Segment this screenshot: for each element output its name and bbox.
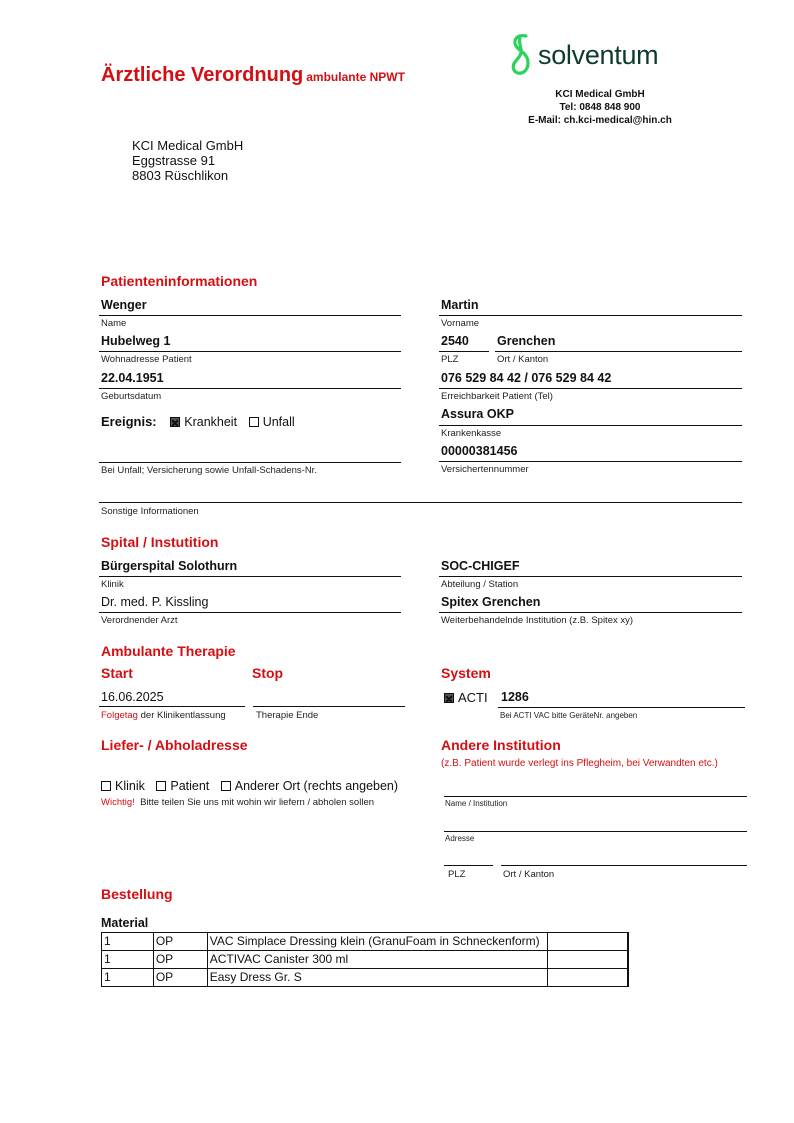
order-cell-extra[interactable] bbox=[547, 969, 628, 987]
patient-birthdate-field[interactable]: 22.04.1951 bbox=[101, 371, 164, 385]
checkbox-icon[interactable] bbox=[249, 417, 259, 427]
clinic-field[interactable]: Bürgerspital Solothurn bbox=[101, 559, 237, 573]
event-label: Ereignis: bbox=[101, 414, 157, 429]
section-delivery: Liefer- / Abholadresse bbox=[101, 737, 248, 753]
address-line-1: KCI Medical GmbH bbox=[132, 138, 243, 153]
divider bbox=[439, 461, 742, 462]
other-institution-address-field[interactable] bbox=[444, 831, 747, 832]
other-info-label: Sonstige Informationen bbox=[101, 506, 199, 517]
clinic-label: Klinik bbox=[101, 579, 124, 590]
delivery-options: Klinik Patient Anderer Ort (rechts angeb… bbox=[101, 779, 406, 793]
section-therapy: Ambulante Therapie bbox=[101, 643, 236, 659]
solventum-s-logo-icon bbox=[510, 33, 532, 77]
accident-info-field[interactable] bbox=[99, 462, 401, 463]
delivery-option-other[interactable]: Anderer Ort (rechts angeben) bbox=[221, 779, 398, 793]
stop-title: Stop bbox=[252, 665, 283, 681]
table-row: 1OPVAC Simplace Dressing klein (GranuFoa… bbox=[102, 933, 629, 951]
checkbox-icon[interactable] bbox=[156, 781, 166, 791]
patient-name-label: Name bbox=[101, 318, 126, 329]
patient-insurance-number-label: Versichertennummer bbox=[441, 464, 529, 475]
divider bbox=[99, 612, 401, 613]
solventum-logo: solventum bbox=[510, 33, 658, 77]
other-institution-city-field[interactable] bbox=[501, 865, 747, 866]
checkbox-icon[interactable] bbox=[221, 781, 231, 791]
logo-wordmark: solventum bbox=[538, 40, 658, 71]
other-institution-city-label: Ort / Kanton bbox=[503, 869, 554, 880]
patient-address-label: Wohnadresse Patient bbox=[101, 354, 192, 365]
checkbox-checked-icon[interactable] bbox=[444, 693, 454, 703]
other-info-field[interactable] bbox=[99, 502, 742, 503]
therapy-stop-field[interactable] bbox=[253, 706, 405, 707]
order-cell-extra[interactable] bbox=[547, 933, 628, 951]
divider bbox=[439, 388, 742, 389]
divider bbox=[439, 425, 742, 426]
divider bbox=[498, 707, 745, 708]
order-table: 1OPVAC Simplace Dressing klein (GranuFoa… bbox=[101, 932, 629, 987]
order-cell-unit[interactable]: OP bbox=[153, 951, 207, 969]
order-cell-item[interactable]: ACTIVAC Canister 300 ml bbox=[207, 951, 547, 969]
other-institution-hint: (z.B. Patient wurde verlegt ins Pfleghei… bbox=[441, 758, 718, 769]
delivery-note: Wichtig! Bitte teilen Sie uns mit wohin … bbox=[101, 797, 374, 808]
patient-phone-label: Erreichbarkeit Patient (Tel) bbox=[441, 391, 553, 402]
system-title: System bbox=[441, 665, 491, 681]
divider bbox=[99, 388, 401, 389]
order-cell-qty[interactable]: 1 bbox=[102, 951, 154, 969]
follow-up-institution-label: Weiterbehandelnde Institution (z.B. Spit… bbox=[441, 615, 633, 626]
start-title: Start bbox=[101, 665, 133, 681]
section-hospital: Spital / Instutition bbox=[101, 534, 218, 550]
section-other-institution: Andere Institution bbox=[441, 737, 561, 753]
title-subtitle: ambulante NPWT bbox=[306, 70, 405, 84]
contact-tel: Tel: 0848 848 900 bbox=[500, 101, 700, 114]
divider bbox=[439, 576, 742, 577]
divider bbox=[439, 351, 489, 352]
patient-name-field[interactable]: Wenger bbox=[101, 298, 147, 312]
device-number-field[interactable]: 1286 bbox=[501, 690, 529, 704]
divider bbox=[495, 351, 742, 352]
patient-firstname-field[interactable]: Martin bbox=[441, 298, 479, 312]
patient-address-field[interactable]: Hubelweg 1 bbox=[101, 334, 170, 348]
other-institution-plz-label: PLZ bbox=[448, 869, 465, 880]
address-line-3: 8803 Rüschlikon bbox=[132, 168, 243, 183]
table-row: 1OPACTIVAC Canister 300 ml bbox=[102, 951, 629, 969]
system-option-acti[interactable]: ACTI bbox=[444, 690, 488, 705]
divider bbox=[99, 315, 401, 316]
contact-block: KCI Medical GmbH Tel: 0848 848 900 E-Mai… bbox=[500, 88, 700, 127]
patient-plz-field[interactable]: 2540 bbox=[441, 334, 469, 348]
therapy-start-field[interactable]: 16.06.2025 bbox=[101, 690, 164, 704]
checkbox-checked-icon[interactable] bbox=[170, 417, 180, 427]
event-group: Ereignis: Krankheit Unfall bbox=[101, 414, 303, 429]
other-institution-name-label: Name / Institution bbox=[445, 799, 507, 808]
event-option-krankheit[interactable]: Krankheit bbox=[170, 415, 237, 429]
patient-insurer-label: Krankenkasse bbox=[441, 428, 501, 439]
patient-city-field[interactable]: Grenchen bbox=[497, 334, 555, 348]
contact-email: E-Mail: ch.kci-medical@hin.ch bbox=[500, 114, 700, 127]
doctor-label: Verordnender Arzt bbox=[101, 615, 178, 626]
table-row: 1OPEasy Dress Gr. S bbox=[102, 969, 629, 987]
checkbox-icon[interactable] bbox=[101, 781, 111, 791]
document-title: Ärztliche Verordnungambulante NPWT bbox=[101, 64, 405, 87]
order-cell-qty[interactable]: 1 bbox=[102, 933, 154, 951]
section-order: Bestellung bbox=[101, 886, 173, 902]
title-text: Ärztliche Verordnung bbox=[101, 64, 303, 86]
divider bbox=[99, 576, 401, 577]
follow-up-institution-field[interactable]: Spitex Grenchen bbox=[441, 595, 540, 609]
divider bbox=[99, 351, 401, 352]
patient-birthdate-label: Geburtsdatum bbox=[101, 391, 161, 402]
order-cell-unit[interactable]: OP bbox=[153, 933, 207, 951]
patient-city-label: Ort / Kanton bbox=[497, 354, 548, 365]
accident-info-label: Bei Unfall; Versicherung sowie Unfall-Sc… bbox=[101, 465, 317, 476]
divider bbox=[439, 612, 742, 613]
therapy-stop-label: Therapie Ende bbox=[256, 710, 318, 721]
other-institution-name-field[interactable] bbox=[444, 796, 747, 797]
doctor-field[interactable]: Dr. med. P. Kissling bbox=[101, 595, 208, 609]
order-cell-item[interactable]: VAC Simplace Dressing klein (GranuFoam i… bbox=[207, 933, 547, 951]
recipient-address: KCI Medical GmbH Eggstrasse 91 8803 Rüsc… bbox=[132, 138, 243, 183]
patient-insurance-number-field[interactable]: 00000381456 bbox=[441, 444, 517, 458]
order-cell-item[interactable]: Easy Dress Gr. S bbox=[207, 969, 547, 987]
patient-firstname-label: Vorname bbox=[441, 318, 479, 329]
therapy-start-label: Folgetag der Klinikentlassung bbox=[101, 710, 226, 721]
department-field[interactable]: SOC-CHIGEF bbox=[441, 559, 519, 573]
order-cell-extra[interactable] bbox=[547, 951, 628, 969]
contact-company: KCI Medical GmbH bbox=[500, 88, 700, 101]
section-patient-info: Patienteninformationen bbox=[101, 273, 257, 289]
delivery-option-klinik[interactable]: Klinik bbox=[101, 779, 145, 793]
patient-phone-field[interactable]: 076 529 84 42 / 076 529 84 42 bbox=[441, 371, 611, 385]
address-line-2: Eggstrasse 91 bbox=[132, 153, 243, 168]
other-institution-address-label: Adresse bbox=[445, 834, 474, 843]
divider bbox=[439, 315, 742, 316]
material-label: Material bbox=[101, 916, 148, 930]
device-number-label: Bei ACTI VAC bitte GeräteNr. angeben bbox=[500, 711, 637, 720]
divider bbox=[99, 706, 245, 707]
order-cell-unit[interactable]: OP bbox=[153, 969, 207, 987]
order-cell-qty[interactable]: 1 bbox=[102, 969, 154, 987]
department-label: Abteilung / Station bbox=[441, 579, 518, 590]
event-option-unfall[interactable]: Unfall bbox=[249, 415, 295, 429]
delivery-option-patient[interactable]: Patient bbox=[156, 779, 209, 793]
patient-plz-label: PLZ bbox=[441, 354, 458, 365]
other-institution-plz-field[interactable] bbox=[444, 865, 493, 866]
patient-insurer-field[interactable]: Assura OKP bbox=[441, 407, 514, 421]
